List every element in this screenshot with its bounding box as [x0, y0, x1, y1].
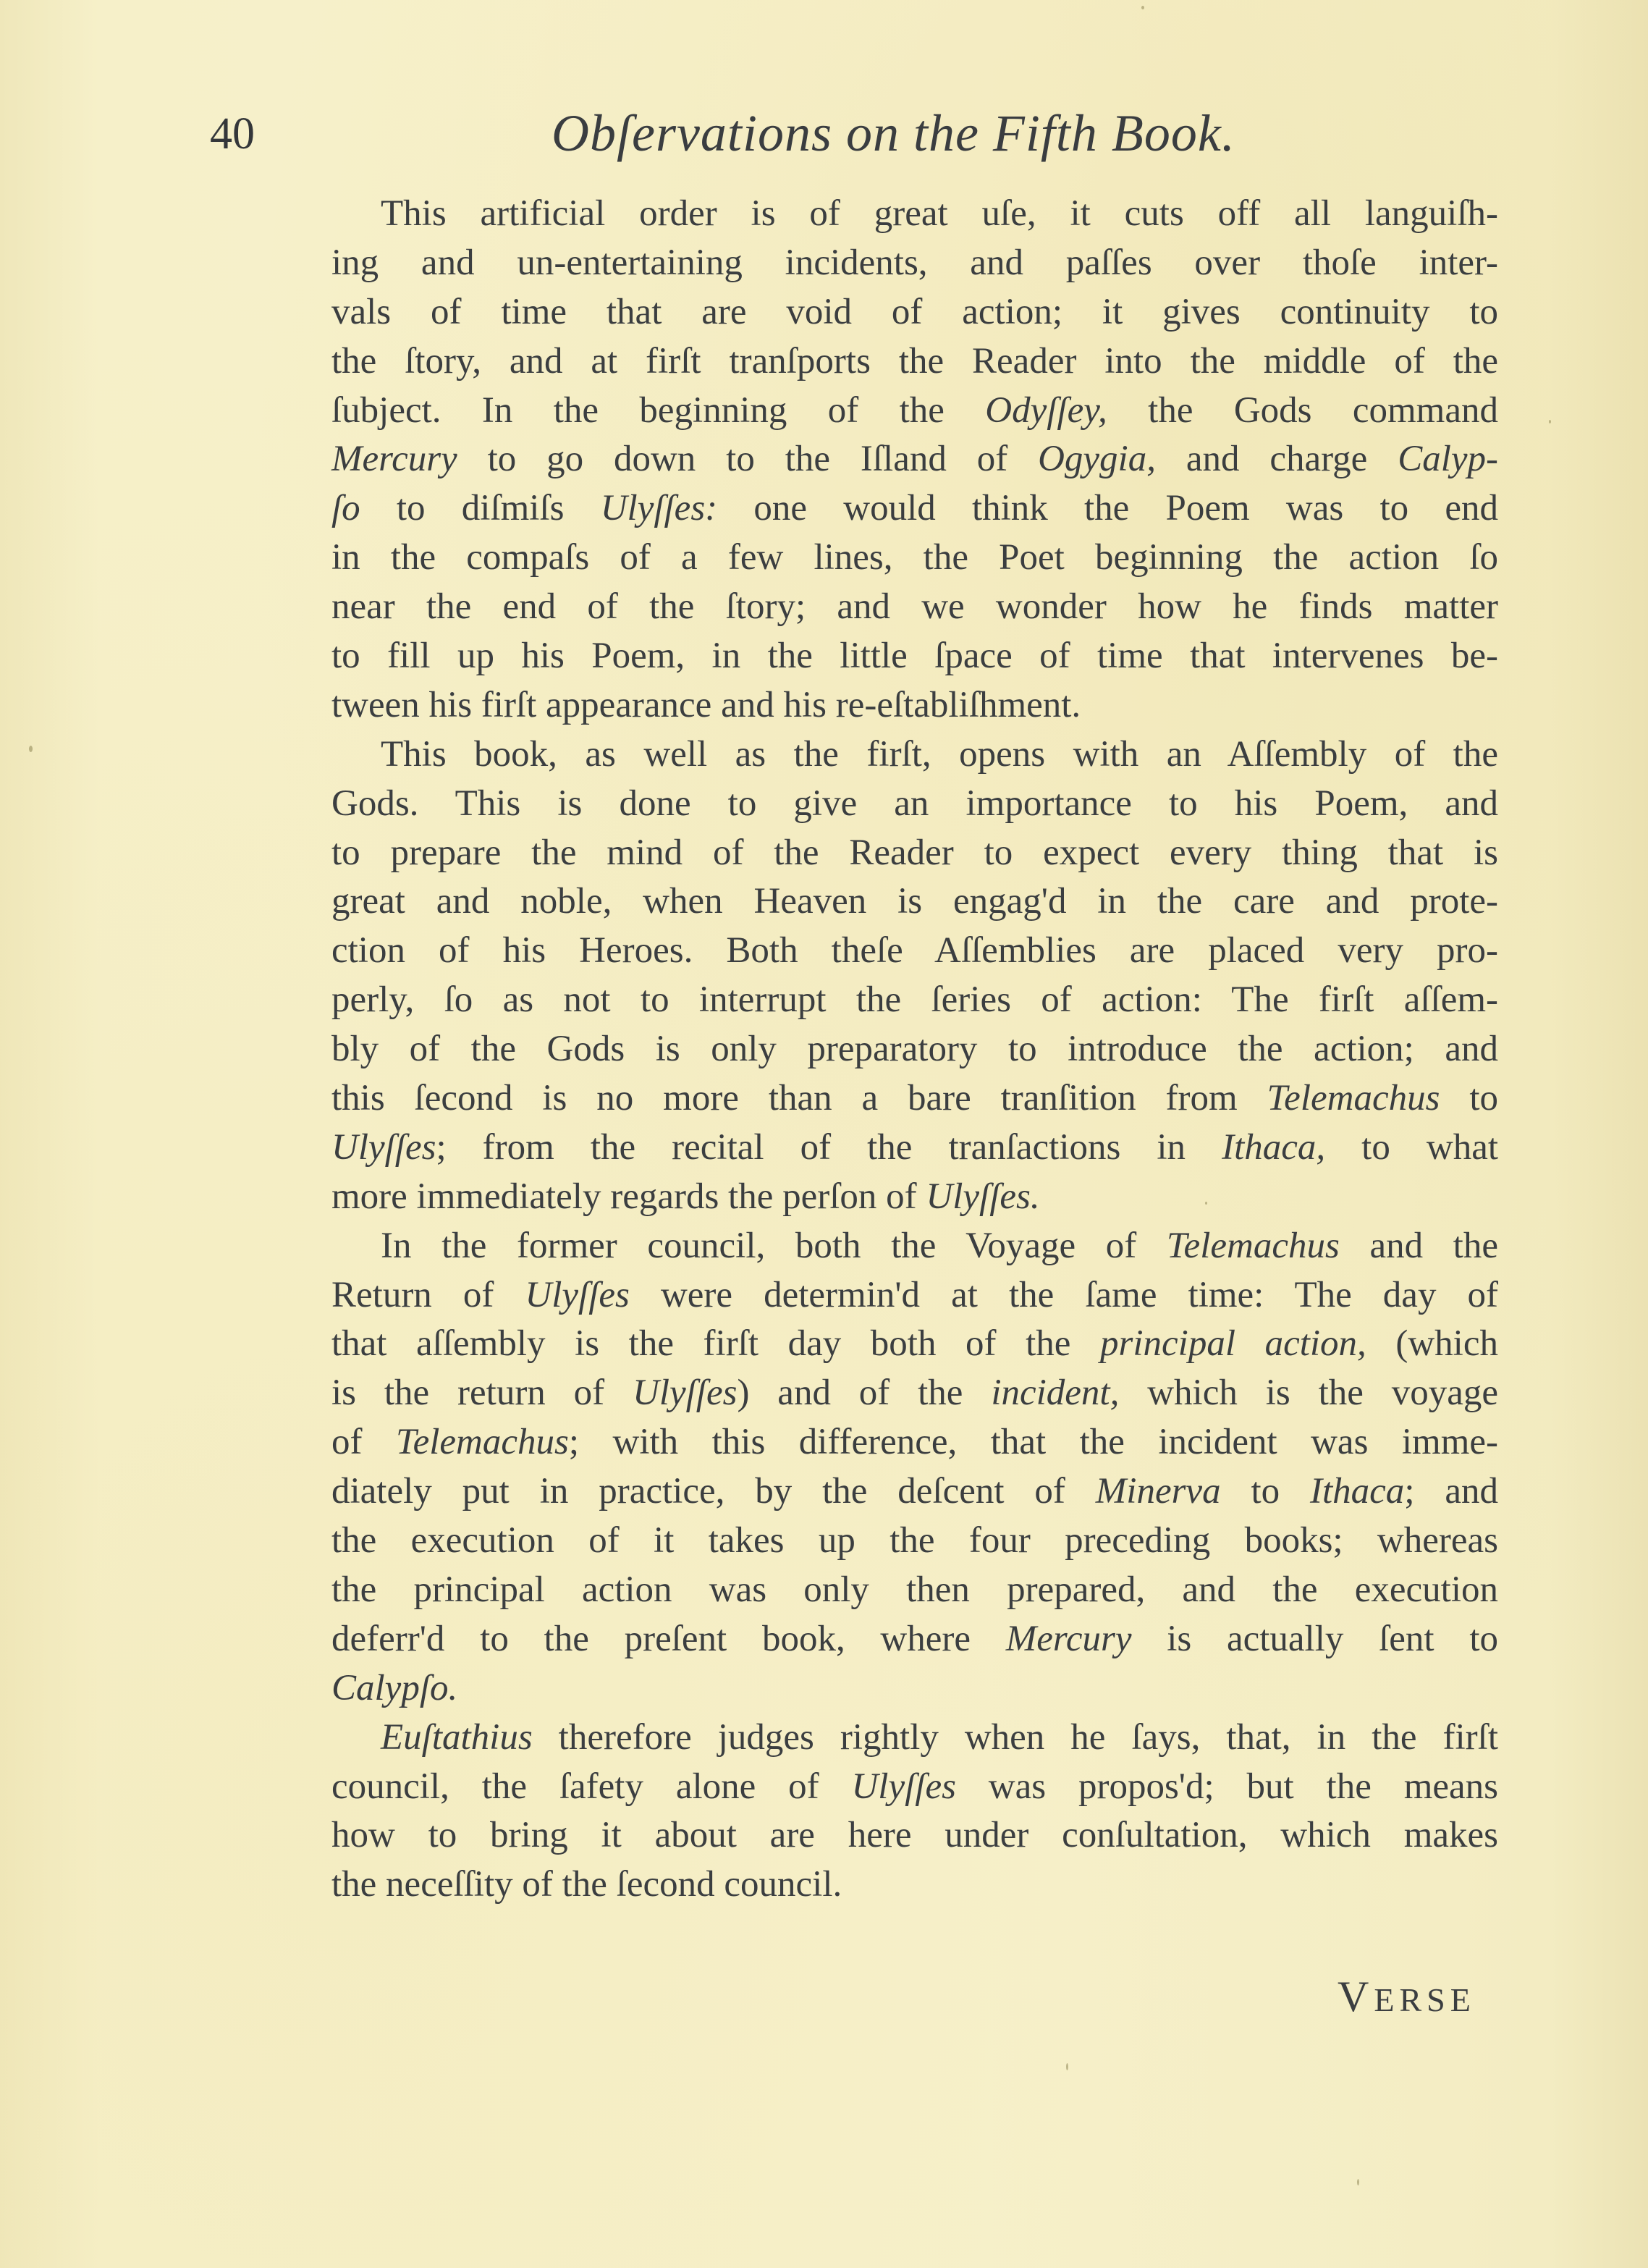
italic-run: Mercury — [1006, 1619, 1132, 1659]
text-run: was propos'd; but the means — [956, 1766, 1498, 1807]
text-run: great and noble, when Heaven is engag'd … — [331, 881, 1498, 922]
text-run: deferr'd to the preſent book, where — [331, 1619, 1006, 1659]
text-run: which is the voyage — [1119, 1373, 1498, 1413]
text-run: the neceſſity of the ſecond council. — [331, 1864, 842, 1905]
text-line: In the former council, both the Voyage o… — [331, 1222, 1498, 1271]
text-run: the Gods command — [1107, 390, 1498, 431]
text-run: the execution of it takes up the four pr… — [331, 1520, 1498, 1561]
text-run: ) and of the — [737, 1373, 991, 1413]
italic-run: ſo — [331, 488, 360, 528]
text-run: council, the ſafety alone of — [331, 1766, 851, 1807]
text-run: to prepare the mind of the Reader to exp… — [331, 832, 1498, 873]
italic-run: Ulyſſes: — [601, 488, 717, 528]
text-line: ction of his Heroes. Both theſe Aſſembli… — [331, 927, 1498, 976]
text-run: to — [1440, 1078, 1498, 1118]
text-line: of Telemachus; with this difference, tha… — [331, 1418, 1498, 1467]
italic-run: Odyſſey, — [985, 390, 1107, 431]
italic-run: Mercury — [331, 439, 457, 479]
italic-run: Calypſo. — [331, 1668, 457, 1708]
italic-run: Ithaca, — [1222, 1127, 1325, 1168]
text-line: vals of time that are void of action; it… — [331, 288, 1498, 337]
text-line: bly of the Gods is only preparatory to i… — [331, 1025, 1498, 1074]
italic-run: Telemachus — [1267, 1078, 1440, 1118]
text-line: the ſtory, and at firſt tranſports the R… — [331, 337, 1498, 387]
italic-run: Ogygia, — [1038, 439, 1156, 479]
italic-run: Ulyſſes — [525, 1275, 629, 1315]
text-run: bly of the Gods is only preparatory to i… — [331, 1029, 1498, 1069]
italic-run: Telemachus — [396, 1422, 569, 1462]
text-line: ſo to diſmiſs Ulyſſes: one would think t… — [331, 484, 1498, 534]
text-line: ſubject. In the beginning of the Odyſſey… — [331, 387, 1498, 436]
paragraph: In the former council, both the Voyage o… — [331, 1222, 1498, 1713]
paragraph: This artificial order is of great uſe, i… — [331, 190, 1498, 730]
running-head: Obſervations on the Fifth Book. — [552, 104, 1235, 162]
italic-run: Minerva — [1096, 1471, 1221, 1512]
italic-run: Ulyſſes — [851, 1766, 955, 1807]
text-run: in the compaſs of a few lines, the Poet … — [331, 537, 1498, 578]
text-run: to go down to the Iſland of — [457, 439, 1038, 479]
text-run: this ſecond is no more than a bare tranſ… — [331, 1078, 1267, 1118]
italic-run: Ulyſſes — [633, 1373, 737, 1413]
paper-speck — [1549, 420, 1551, 423]
text-line: Return of Ulyſſes were determin'd at the… — [331, 1271, 1498, 1320]
catchword-initial: V — [1338, 1973, 1374, 2020]
text-run: vals of time that are void of action; it… — [331, 292, 1498, 332]
text-run: Return of — [331, 1275, 525, 1315]
text-line: Ulyſſes; from the recital of the tranſac… — [331, 1124, 1498, 1173]
text-run: ; with this difference, that the inciden… — [569, 1422, 1498, 1462]
text-line: perly, ſo as not to interrupt the ſeries… — [331, 976, 1498, 1025]
italic-run: Ithaca — [1310, 1471, 1404, 1512]
text-line: to fill up his Poem, in the little ſpace… — [331, 632, 1498, 681]
text-line: this ſecond is no more than a bare tranſ… — [331, 1074, 1498, 1124]
text-line: is the return of Ulyſſes) and of the inc… — [331, 1369, 1498, 1418]
text-run: to — [1221, 1471, 1310, 1512]
text-run: and charge — [1156, 439, 1398, 479]
text-line: near the end of the ſtory; and we wonder… — [331, 583, 1498, 632]
text-line: ing and un-entertaining incidents, and p… — [331, 239, 1498, 288]
text-run: ing and un-entertaining incidents, and p… — [331, 243, 1498, 283]
paper-speck — [1205, 1202, 1207, 1205]
text-run: near the end of the ſtory; and we wonder… — [331, 586, 1498, 627]
text-line: Gods. This is done to give an importance… — [331, 780, 1498, 829]
text-run: to diſmiſs — [360, 488, 601, 528]
text-line: to prepare the mind of the Reader to exp… — [331, 829, 1498, 878]
text-run: the principal action was only then prepa… — [331, 1569, 1498, 1610]
text-line: council, the ſafety alone of Ulyſſes was… — [331, 1763, 1498, 1812]
italic-run: incident, — [991, 1373, 1119, 1413]
page-header: 40 Obſervations on the Fifth Book. — [0, 109, 1648, 166]
text-run: were determin'd at the ſame time: The da… — [630, 1275, 1498, 1315]
text-run: of — [331, 1422, 396, 1462]
text-line: in the compaſs of a few lines, the Poet … — [331, 534, 1498, 583]
text-run: In the former council, both the Voyage o… — [381, 1226, 1167, 1266]
paper-speck — [29, 746, 33, 752]
text-line: diately put in practice, by the deſcent … — [331, 1467, 1498, 1517]
text-run: and the — [1340, 1226, 1498, 1266]
text-line: tween his firſt appearance and his re-eſ… — [331, 681, 1498, 730]
text-run: This artificial order is of great uſe, i… — [381, 193, 1498, 234]
text-line: the execution of it takes up the four pr… — [331, 1517, 1498, 1566]
text-line: that aſſembly is the firſt day both of t… — [331, 1320, 1498, 1369]
text-run: This book, as well as the firſt, opens w… — [381, 734, 1498, 775]
text-run: how to bring it about are here under con… — [331, 1815, 1498, 1855]
italic-run: Ulyſſes — [331, 1127, 436, 1168]
text-run: (which — [1366, 1323, 1498, 1364]
text-run: to what — [1325, 1127, 1498, 1168]
body-text: This artificial order is of great uſe, i… — [331, 190, 1498, 1910]
text-line: deferr'd to the preſent book, where Merc… — [331, 1615, 1498, 1664]
text-line: This book, as well as the firſt, opens w… — [331, 730, 1498, 780]
italic-run: Calyp- — [1398, 439, 1498, 479]
italic-run: Telemachus — [1167, 1226, 1340, 1266]
page-number: 40 — [210, 109, 255, 159]
catchword-rest: ERSE — [1374, 1981, 1475, 2018]
text-line: great and noble, when Heaven is engag'd … — [331, 877, 1498, 927]
text-run: therefore judges rightly when he ſays, t… — [533, 1717, 1498, 1758]
text-run: is actually ſent to — [1131, 1619, 1498, 1659]
text-line: Mercury to go down to the Iſland of Ogyg… — [331, 435, 1498, 484]
text-run: perly, ſo as not to interrupt the ſeries… — [331, 979, 1498, 1020]
text-run: Gods. This is done to give an importance… — [331, 783, 1498, 824]
italic-run: Ulyſſes. — [926, 1176, 1039, 1217]
text-run: is the return of — [331, 1373, 633, 1413]
text-run: tween his firſt appearance and his re-eſ… — [331, 685, 1081, 725]
text-run: more immediately regards the perſon of — [331, 1176, 926, 1217]
text-run: to fill up his Poem, in the little ſpace… — [331, 636, 1498, 676]
italic-run: Euſtathius — [381, 1717, 533, 1758]
italic-run: principal action, — [1100, 1323, 1366, 1364]
text-run: diately put in practice, by the deſcent … — [331, 1471, 1096, 1512]
text-line: This artificial order is of great uſe, i… — [331, 190, 1498, 239]
text-line: how to bring it about are here under con… — [331, 1811, 1498, 1860]
catchword: VERSE — [1338, 1975, 1476, 2022]
text-line: the neceſſity of the ſecond council. — [331, 1860, 1498, 1910]
text-run: one would think the Poem was to end — [717, 488, 1498, 528]
text-line: the principal action was only then prepa… — [331, 1566, 1498, 1615]
text-run: the ſtory, and at firſt tranſports the R… — [331, 341, 1498, 381]
paragraph: This book, as well as the firſt, opens w… — [331, 730, 1498, 1222]
text-run: ſubject. In the beginning of the — [331, 390, 985, 431]
text-line: Calypſo. — [331, 1664, 1498, 1713]
text-run: ction of his Heroes. Both theſe Aſſembli… — [331, 930, 1498, 971]
text-run: that aſſembly is the firſt day both of t… — [331, 1323, 1100, 1364]
text-line: Euſtathius therefore judges rightly when… — [331, 1713, 1498, 1763]
text-run: ; from the recital of the tranſactions i… — [436, 1127, 1222, 1168]
paper-speck — [1066, 2063, 1068, 2070]
paper-speck — [1141, 6, 1144, 9]
text-line: more immediately regards the perſon of U… — [331, 1173, 1498, 1222]
paragraph: Euſtathius therefore judges rightly when… — [331, 1713, 1498, 1910]
paper-speck — [1357, 2179, 1359, 2185]
text-run: ; and — [1404, 1471, 1498, 1512]
